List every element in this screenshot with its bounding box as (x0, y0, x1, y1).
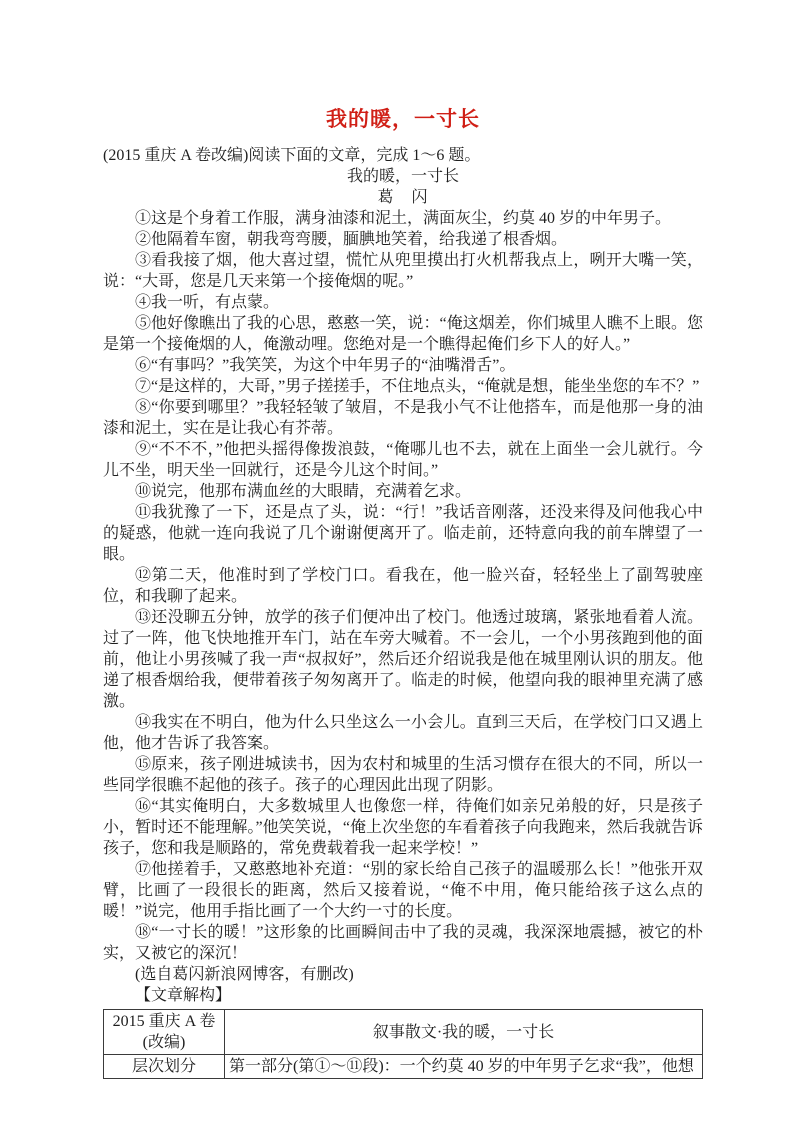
source-note: (选自葛闪新浪网博客，有删改) (103, 964, 703, 985)
article-paragraph-5: ⑤他好像瞧出了我的心思，憨憨一笑，说：“俺这烟差，你们城里人瞧不上眼。您是第一个… (103, 313, 703, 355)
article-paragraph-3: ③看我接了烟，他大喜过望，慌忙从兜里摸出打火机帮我点上，咧开大嘴一笑，说：“大哥… (103, 250, 703, 292)
article-paragraph-10: ⑩说完，他那布满血丝的大眼睛，充满着乞求。 (103, 481, 703, 502)
article-author: 葛 闪 (103, 187, 703, 208)
table-cell-genre-title: 叙事散文·我的暖，一寸长 (225, 1010, 703, 1055)
table-cell-part-one: 第一部分(第①～⑪段)：一个约莫 40 岁的中年男子乞求“我”，他想 (225, 1055, 703, 1079)
article-paragraph-4: ④我一听，有点蒙。 (103, 292, 703, 313)
article-paragraph-11: ⑪我犹豫了一下，还是点了头，说：“行！”我话音刚落，还没来得及问他我心中的疑惑，… (103, 502, 703, 565)
article-paragraph-8: ⑧“你要到哪里？”我轻轻皱了皱眉，不是我小气不让他搭车，而是他那一身的油漆和泥土… (103, 397, 703, 439)
article-paragraph-6: ⑥“有事吗？”我笑笑，为这个中年男子的“油嘴滑舌”。 (103, 355, 703, 376)
table-row: 层次划分 第一部分(第①～⑪段)：一个约莫 40 岁的中年男子乞求“我”，他想 (104, 1055, 703, 1079)
article-paragraph-1: ①这是个身着工作服，满身油漆和泥土，满面灰尘，约莫 40 岁的中年男子。 (103, 208, 703, 229)
article-title: 我的暖，一寸长 (103, 166, 703, 187)
table-cell-exam-source: 2015 重庆 A 卷(改编) (104, 1010, 225, 1055)
article-paragraph-15: ⑮原来，孩子刚进城读书，因为农村和城里的生活习惯存在很大的不同，所以一些同学很瞧… (103, 754, 703, 796)
article-paragraph-7: ⑦“是这样的，大哥，”男子搓搓手，不住地点头，“俺就是想，能坐坐您的车不？” (103, 376, 703, 397)
document-page: 我的暖，一寸长 (2015 重庆 A 卷改编)阅读下面的文章，完成 1～6 题。… (0, 0, 800, 1132)
article-paragraph-13: ⑬还没聊五分钟，放学的孩子们便冲出了校门。他透过玻璃，紧张地看着人流。过了一阵，… (103, 607, 703, 712)
article-paragraph-2: ②他隔着车窗，朝我弯弯腰，腼腆地笑着，给我递了根香烟。 (103, 229, 703, 250)
article-paragraph-9: ⑨“不不不，”他把头摇得像拨浪鼓，“俺哪儿也不去，就在上面坐一会儿就行。今儿不坐… (103, 439, 703, 481)
structure-table: 2015 重庆 A 卷(改编) 叙事散文·我的暖，一寸长 层次划分 第一部分(第… (103, 1009, 703, 1079)
section-heading: 【文章解构】 (103, 985, 703, 1007)
exam-instruction: (2015 重庆 A 卷改编)阅读下面的文章，完成 1～6 题。 (103, 145, 703, 166)
page-title: 我的暖，一寸长 (103, 103, 703, 133)
article-paragraph-14: ⑭我实在不明白，他为什么只坐这么一小会儿。直到三天后，在学校门口又遇上他，他才告… (103, 712, 703, 754)
article-paragraph-16: ⑯“其实俺明白，大多数城里人也像您一样，待俺们如亲兄弟般的好，只是孩子小，暂时还… (103, 796, 703, 859)
table-row: 2015 重庆 A 卷(改编) 叙事散文·我的暖，一寸长 (104, 1010, 703, 1055)
article-paragraph-17: ⑰他搓着手，又憨憨地补充道：“别的家长给自己孩子的温暖那么长！”他张开双臂，比画… (103, 859, 703, 922)
article-paragraph-18: ⑱“一寸长的暖！”这形象的比画瞬间击中了我的灵魂，我深深地震撼，被它的朴实，又被… (103, 922, 703, 964)
table-cell-level-label: 层次划分 (104, 1055, 225, 1079)
article-paragraph-12: ⑫第二天，他准时到了学校门口。看我在，他一脸兴奋，轻轻坐上了副驾驶座位，和我聊了… (103, 565, 703, 607)
